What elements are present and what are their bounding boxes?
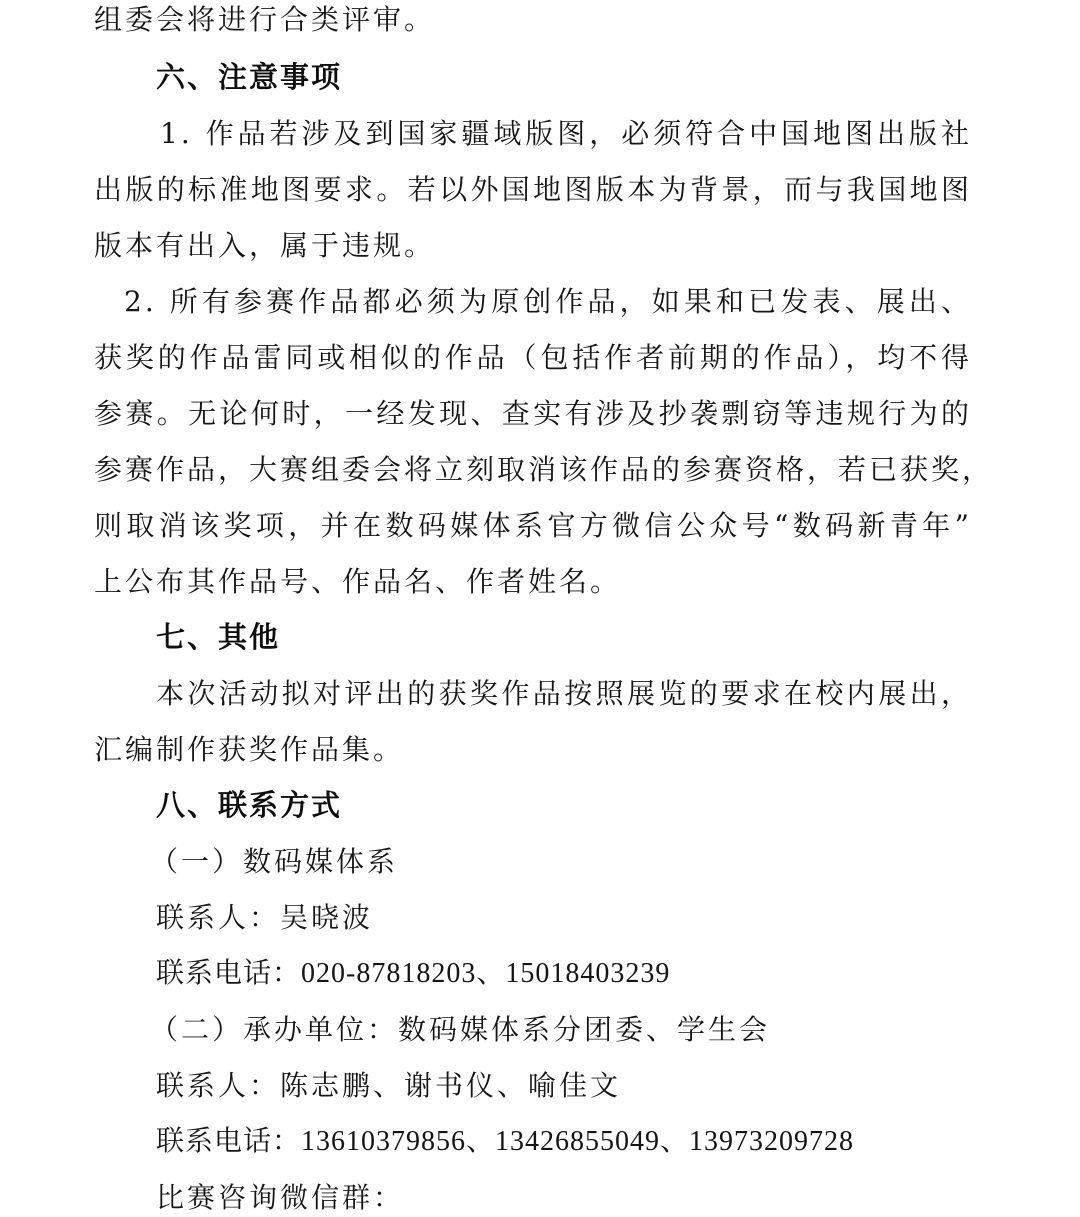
section-heading-other: 七、其他	[156, 617, 280, 657]
section-heading-notes: 六、注意事项	[156, 57, 342, 97]
paragraph-line: 组委会将进行合类评审。	[94, 0, 435, 40]
paragraph-line: 版本有出入，属于违规。	[94, 226, 435, 266]
subsection-heading: （二）承办单位：数码媒体系分团委、学生会	[150, 1010, 770, 1050]
paragraph-line: 汇编制作获奖作品集。	[94, 730, 404, 770]
document-page: 组委会将进行合类评审。 六、注意事项 1. 作品若涉及到国家疆域版图，必须符合中…	[0, 0, 1080, 1217]
contact-phone: 联系电话：020-87818203、15018403239	[156, 954, 670, 994]
paragraph-line: 上公布其作品号、作品名、作者姓名。	[94, 562, 621, 602]
contact-phone: 联系电话：13610379856、13426855049、13973209728	[156, 1122, 854, 1162]
wechat-group-label: 比赛咨询微信群：	[156, 1178, 404, 1217]
paragraph-line: 获奖的作品雷同或相似的作品（包括作者前期的作品），均不得	[94, 338, 972, 378]
paragraph-line: 参赛作品，大赛组委会将立刻取消该作品的参赛资格，若已获奖，	[94, 450, 972, 490]
paragraph-line: 2. 所有参赛作品都必须为原创作品，如果和已发表、展出、	[124, 282, 972, 322]
contact-person: 联系人：陈志鹏、谢书仪、喻佳文	[156, 1066, 621, 1106]
paragraph-line: 则取消该奖项，并在数码媒体系官方微信公众号“数码新青年”	[94, 506, 972, 546]
contact-person: 联系人：吴晓波	[156, 898, 373, 938]
paragraph-line: 本次活动拟对评出的获奖作品按照展览的要求在校内展出，	[156, 674, 972, 714]
subsection-heading: （一）数码媒体系	[150, 842, 398, 882]
paragraph-line: 参赛。无论何时，一经发现、查实有涉及抄袭剽窃等违规行为的	[94, 394, 972, 434]
section-heading-contact: 八、联系方式	[156, 785, 342, 825]
paragraph-line: 出版的标准地图要求。若以外国地图版本为背景，而与我国地图	[94, 170, 972, 210]
paragraph-line: 1. 作品若涉及到国家疆域版图，必须符合中国地图出版社	[160, 114, 972, 154]
